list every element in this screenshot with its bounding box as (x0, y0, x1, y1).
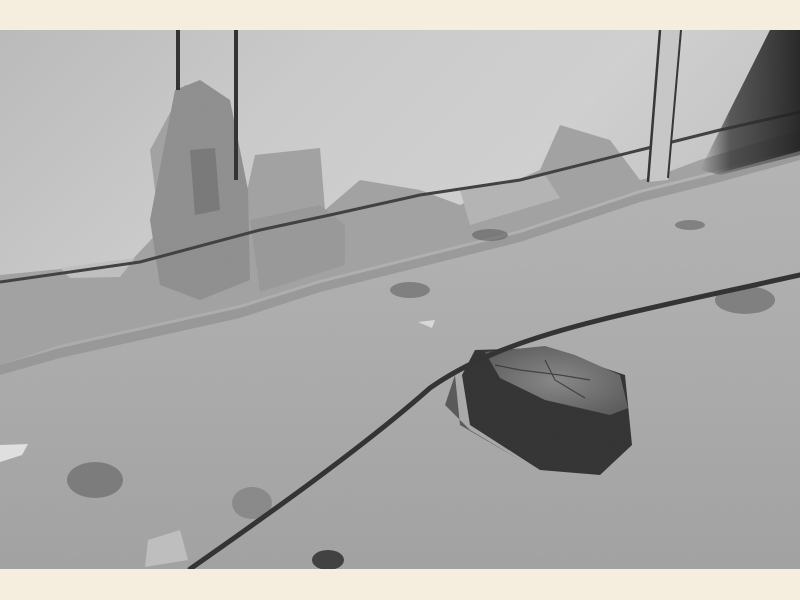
photo-border-top (0, 0, 800, 30)
photo-border-bottom (0, 569, 800, 600)
photo-scene (0, 30, 800, 569)
photograph: Black-and-white photograph of a weathere… (0, 30, 800, 569)
